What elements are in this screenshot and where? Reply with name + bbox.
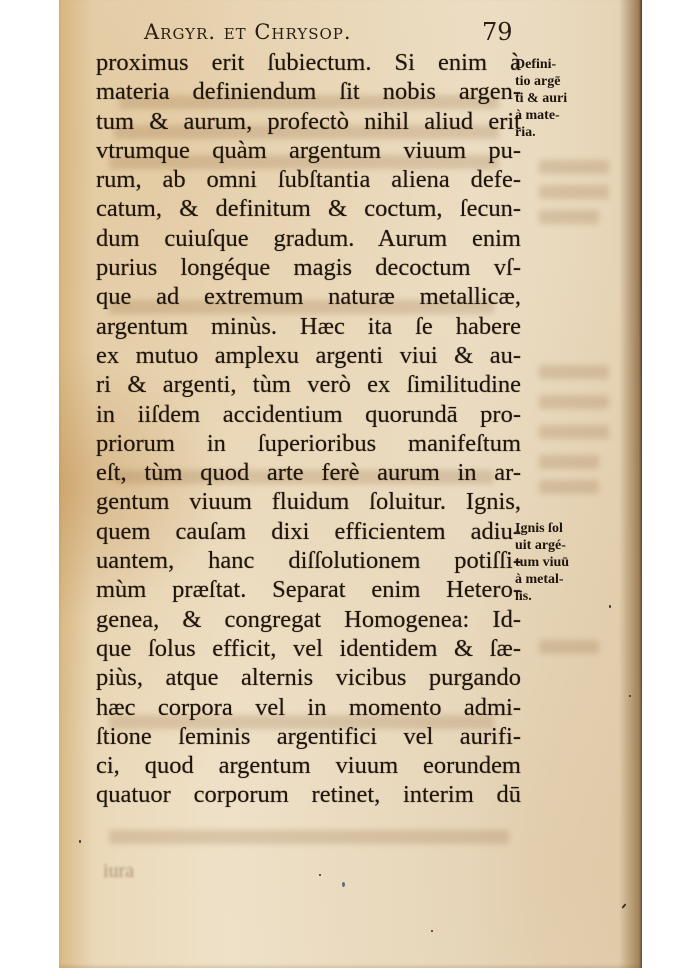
paper-speck: [629, 695, 631, 697]
text-line: piùs, atque alternis vicibus purgando: [96, 663, 521, 692]
text-line: rum, ab omni ſubſtantia aliena defe-: [96, 165, 521, 194]
margin-note-line: à mate-: [515, 107, 595, 124]
margin-note-line: ti & auri: [515, 90, 595, 107]
paper-speck: [79, 840, 81, 843]
text-line: priorum in ſuperioribus manifeſtum: [96, 429, 521, 458]
margin-note-line: uit argé-: [515, 537, 595, 554]
paper-speck: [319, 874, 321, 876]
text-line: quatuor corporum retinet, interim dū: [96, 780, 521, 809]
text-line: genea, & congregat Homogenea: Id-: [96, 605, 521, 634]
page-number: 79: [482, 18, 513, 46]
catchword: iura: [103, 860, 134, 883]
text-line: vtrumque quàm argentum viuum pu-: [96, 136, 521, 165]
margin-note-line: tum viuū: [515, 554, 595, 571]
text-line: ex mutuo amplexu argenti viui & au-: [96, 341, 521, 370]
text-line: que ad extremum naturæ metallicæ,: [96, 282, 521, 311]
running-head: Argyr. et Chrysop.: [144, 20, 506, 44]
text-line: hæc corpora vel in momento admi-: [96, 693, 521, 722]
margin-note-line: Defini-: [515, 56, 595, 73]
text-line: que ſolus efficit, vel identidem & ſæ-: [96, 634, 521, 663]
margin-note-definition: Defini- tio argē ti & auri à mate- ria.: [515, 56, 595, 141]
text-line: ri & argenti, tùm verò ex ſimilitudine: [96, 370, 521, 399]
paper-speck: [609, 605, 611, 608]
margin-note-line: Ignis ſol: [515, 520, 595, 537]
margin-note-fire: Ignis ſol uit argé- tum viuū à metal- li…: [515, 520, 595, 605]
text-line: mùm præſtat. Separat enim Hetero-: [96, 575, 521, 604]
body-text: proximus erit ſubiectum. Si enim à mater…: [96, 48, 521, 810]
text-line: uantem, hanc diſſolutionem potiſſi-: [96, 546, 521, 575]
text-line: ſtione ſeminis argentifici vel aurifi-: [96, 722, 521, 751]
text-line: purius longéque magis decoctum vſ-: [96, 253, 521, 282]
margin-note-line: tio argē: [515, 73, 595, 90]
book-page: Argyr. et Chrysop. 79 proximus erit ſubi…: [59, 0, 642, 968]
text-line: materia definiendum ſit nobis argen-: [96, 77, 521, 106]
text-line: gentum viuum fluidum ſoluitur. Ignis,: [96, 487, 521, 516]
text-line: eſt, tùm quod arte ferè aurum in ar-: [96, 458, 521, 487]
text-line: proximus erit ſubiectum. Si enim à: [96, 48, 521, 77]
margin-note-line: lis.: [515, 588, 595, 605]
margin-note-line: à metal-: [515, 571, 595, 588]
paper-speck: [342, 882, 345, 887]
paper-speck: [621, 903, 626, 909]
text-line: argentum minùs. Hæc ita ſe habere: [96, 312, 521, 341]
text-line: tum & aurum, profectò nihil aliud erit: [96, 107, 521, 136]
paper-speck: [431, 930, 433, 932]
text-line: dum cuiuſque gradum. Aurum enim: [96, 224, 521, 253]
text-line: catum, & definitum & coctum, ſecun-: [96, 194, 521, 223]
text-line: in iiſdem accidentium quorundā pro-: [96, 400, 521, 429]
text-line: ci, quod argentum viuum eorundem: [96, 751, 521, 780]
text-line: quem cauſam dixi efficientem adiu-: [96, 517, 521, 546]
margin-note-line: ria.: [515, 124, 595, 141]
